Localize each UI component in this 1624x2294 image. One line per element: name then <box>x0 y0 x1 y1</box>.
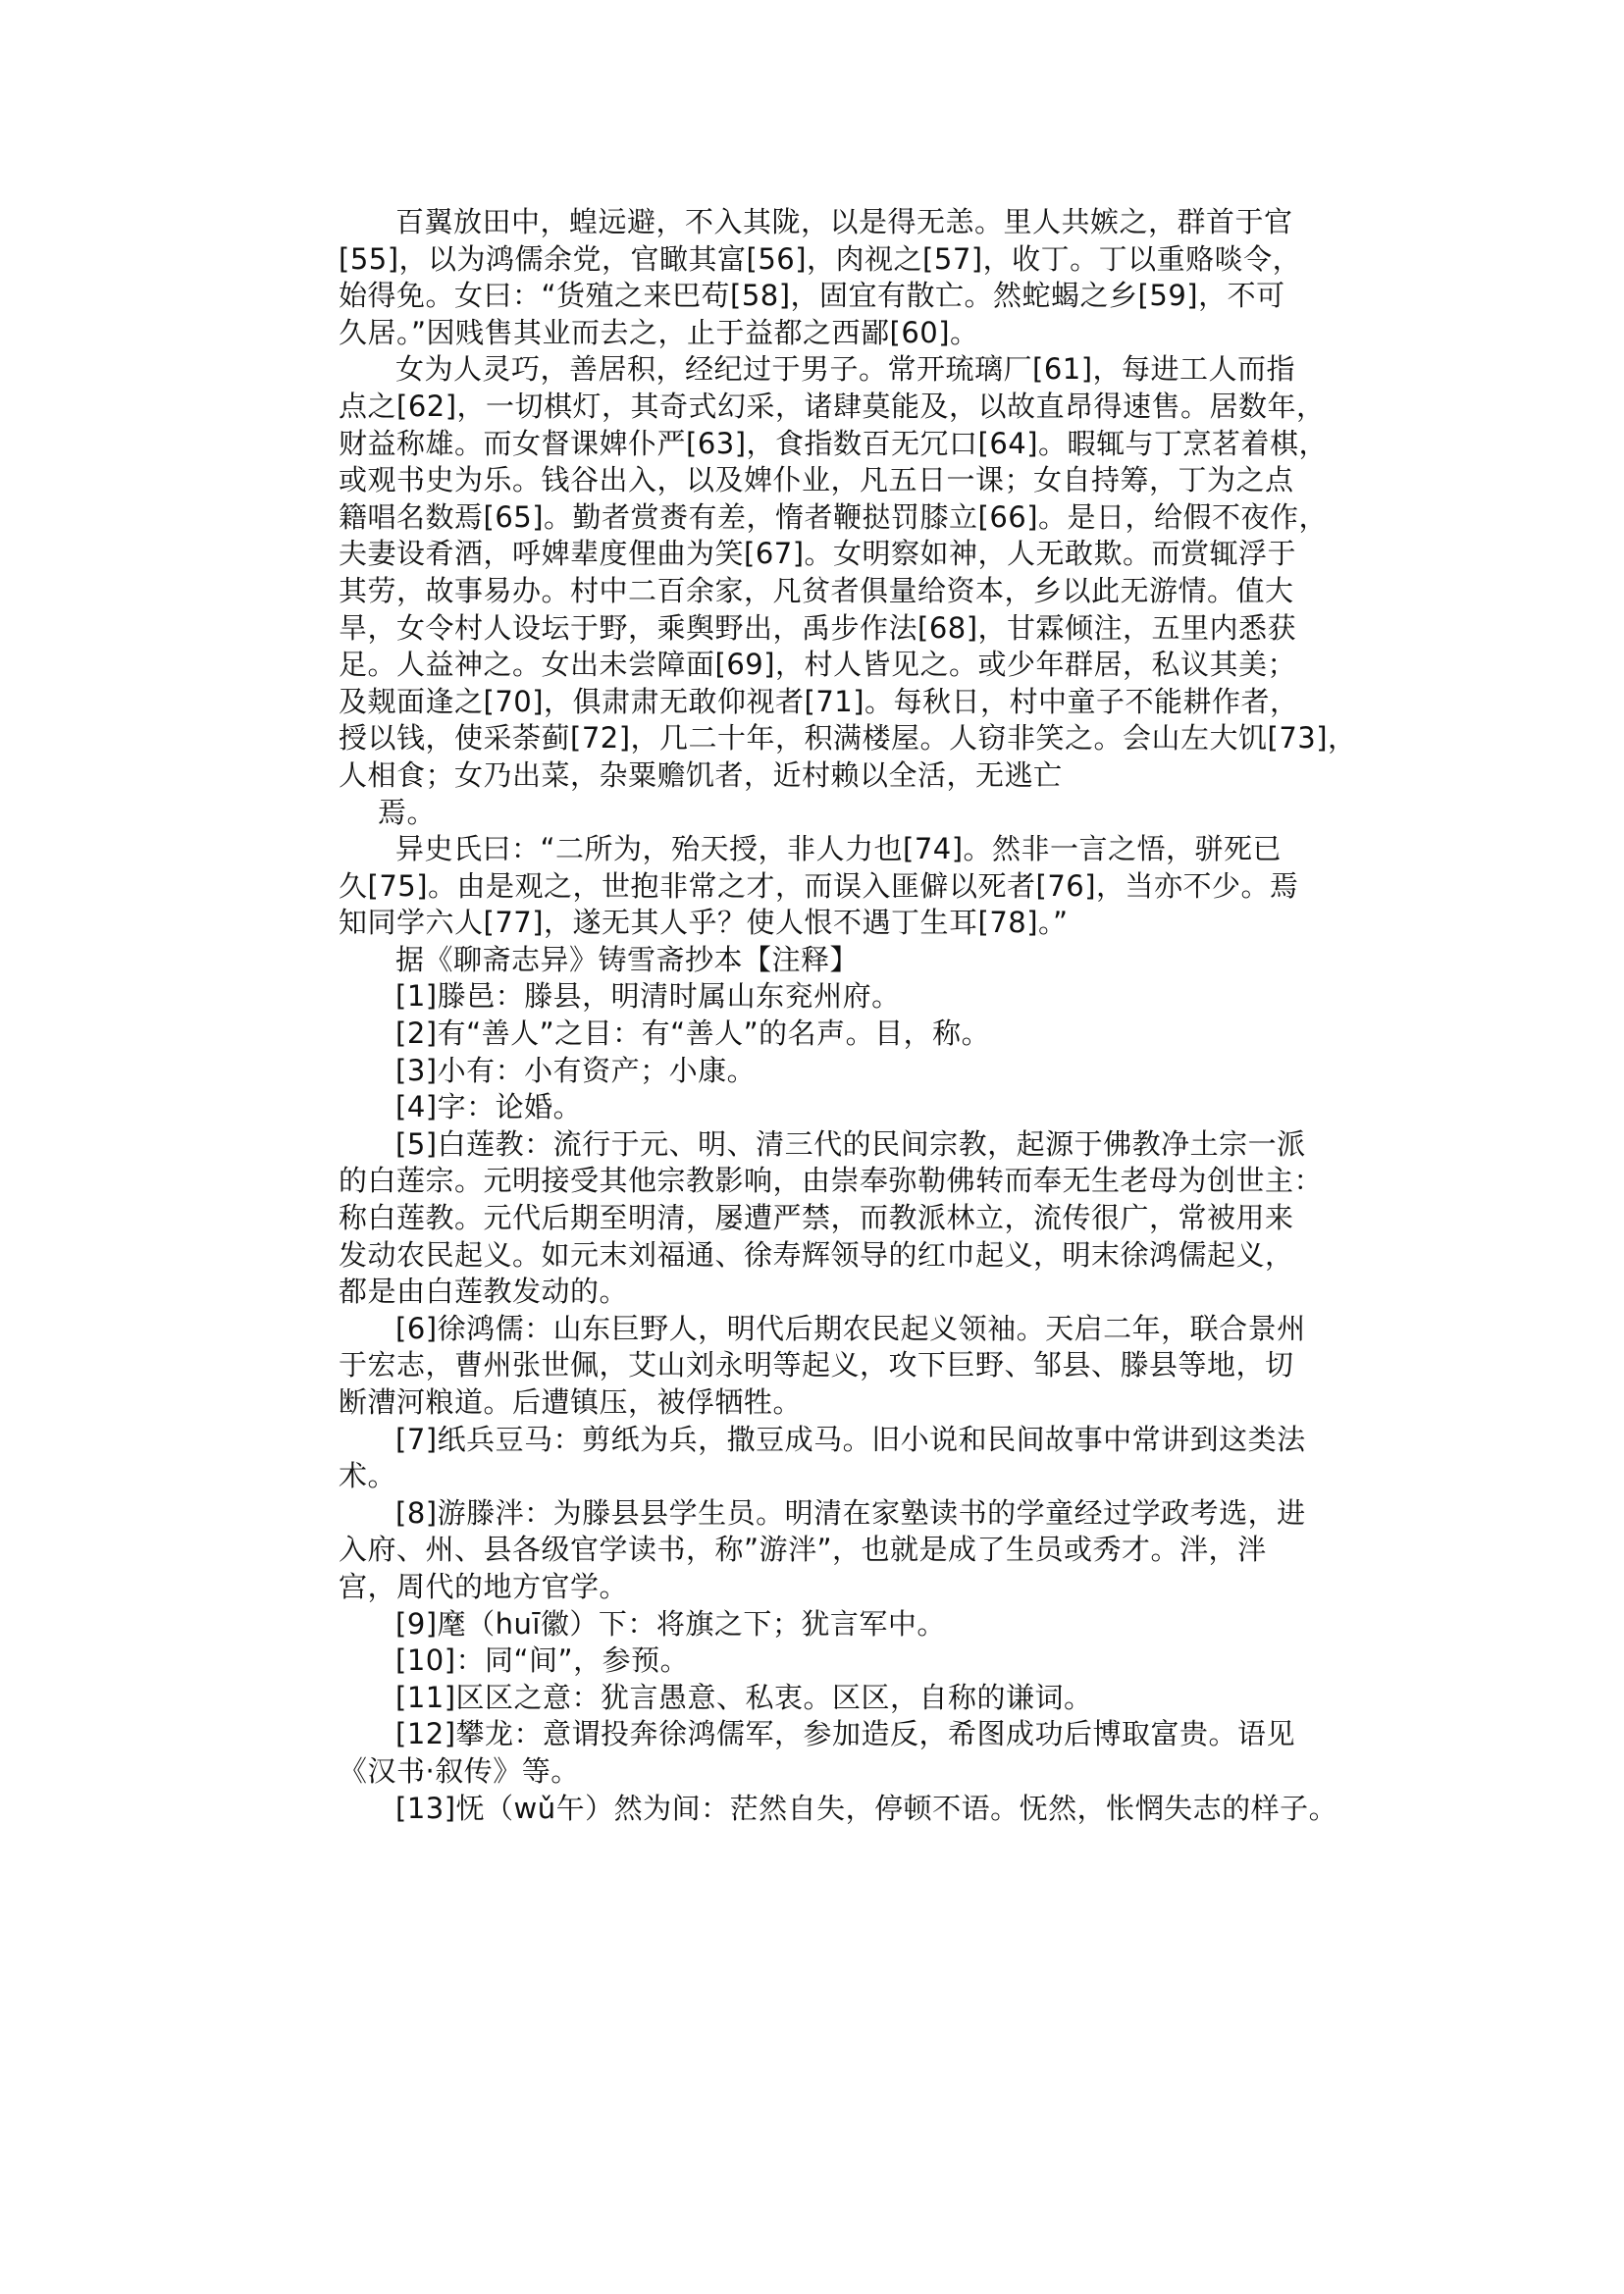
text-line: [8]游滕泮：为滕县县学生员。明清在家塾读书的学童经过学政考选，进 <box>339 1495 1359 1533</box>
paragraph-source-heading: 据《聊斋志异》铸雪斋抄本【注释】 <box>339 942 1359 979</box>
text-line: [12]攀龙：意谓投奔徐鸿儒军，参加造反，希图成功后博取富贵。语见 <box>339 1716 1359 1753</box>
text-line: 女为人灵巧，善居积，经纪过于男子。常开琉璃厂[61]，每进工人而指 <box>339 351 1359 389</box>
text-line: [10]：同“间”，参预。 <box>339 1642 1359 1680</box>
text-line: 异史氏曰：“二所为，殆天授，非人力也[74]。然非一言之悟，骈死已 <box>339 831 1359 868</box>
text-line: [2]有“善人”之目：有“善人”的名声。目，称。 <box>339 1016 1359 1053</box>
document-page: 百翼放田中，蝗远避，不入其陇，以是得无恙。里人共嫉之，群首于官[55]，以为鸿儒… <box>339 204 1359 1827</box>
text-line: 术。 <box>339 1458 1359 1495</box>
text-line: 久居。”因贱售其业而去之，止于益都之西鄙[60]。 <box>339 315 1359 352</box>
text-line: 其劳，故事易办。村中二百余家，凡贫者俱量给资本，乡以此无游情。值大 <box>339 573 1359 610</box>
text-line: 或观书史为乐。钱谷出入，以及婢仆业，凡五日一课；女自持筹，丁为之点 <box>339 462 1359 499</box>
annotation-note-9: [9]麾（huī徽）下：将旗之下；犹言军中。 <box>339 1606 1359 1643</box>
text-line: [7]纸兵豆马：剪纸为兵，撒豆成马。旧小说和民间故事中常讲到这类法 <box>339 1422 1359 1459</box>
text-line: 称白莲教。元代后期至明清，屡遭严禁，而教派林立，流传很广，常被用来 <box>339 1200 1359 1237</box>
paragraph-story-1: 百翼放田中，蝗远避，不入其陇，以是得无恙。里人共嫉之，群首于官[55]，以为鸿儒… <box>339 204 1359 351</box>
annotation-note-13: [13]怃（wǔ午）然为间：茫然自失，停顿不语。怃然，怅惘失志的样子。 <box>339 1791 1359 1828</box>
text-line: 焉。 <box>339 795 1359 832</box>
text-line: 籍唱名数焉[65]。勤者赏赉有差，惰者鞭挞罚膝立[66]。是日，给假不夜作， <box>339 499 1359 537</box>
paragraph-commentary: 异史氏曰：“二所为，殆天授，非人力也[74]。然非一言之悟，骈死已久[75]。由… <box>339 831 1359 942</box>
text-line: 夫妻设肴酒，呼婢辈度俚曲为笑[67]。女明察如神，人无敢欺。而赏辄浮于 <box>339 536 1359 573</box>
text-line: 断漕河粮道。后遭镇压，被俘牺牲。 <box>339 1384 1359 1422</box>
text-line: 知同学六人[77]，遂无其人乎？使人恨不遇丁生耳[78]。” <box>339 905 1359 942</box>
annotation-note-3: [3]小有：小有资产；小康。 <box>339 1053 1359 1090</box>
text-line: 《汉书·叙传》等。 <box>339 1753 1359 1791</box>
text-line: 财益称雄。而女督课婢仆严[63]，食指数百无冗口[64]。暇辄与丁烹茗着棋， <box>339 426 1359 463</box>
annotation-note-8: [8]游滕泮：为滕县县学生员。明清在家塾读书的学童经过学政考选，进入府、州、县各… <box>339 1495 1359 1606</box>
text-line: 点之[62]，一切棋灯，其奇式幻采，诸肆莫能及，以故直昂得速售。居数年， <box>339 389 1359 426</box>
paragraph-story-2: 女为人灵巧，善居积，经纪过于男子。常开琉璃厂[61]，每进工人而指点之[62]，… <box>339 351 1359 831</box>
text-line: 入府、州、县各级官学读书，称”游泮”，也就是成了生员或秀才。泮，泮 <box>339 1532 1359 1569</box>
text-line: 旱，女令村人设坛于野，乘舆野出，禹步作法[68]，甘霖倾注，五里内悉获 <box>339 610 1359 648</box>
text-line: 都是由白莲教发动的。 <box>339 1274 1359 1311</box>
text-line: [5]白莲教：流行于元、明、清三代的民间宗教，起源于佛教净土宗一派 <box>339 1126 1359 1164</box>
text-line: 人相食；女乃出菜，杂粟赡饥者，近村赖以全活，无逃亡 <box>339 757 1359 795</box>
annotation-note-10: [10]：同“间”，参预。 <box>339 1642 1359 1680</box>
text-line: [4]字：论婚。 <box>339 1089 1359 1126</box>
annotation-note-11: [11]区区之意：犹言愚意、私衷。区区，自称的谦词。 <box>339 1680 1359 1717</box>
text-line: 足。人益神之。女出未尝障面[69]，村人皆见之。或少年群居，私议其美； <box>339 647 1359 684</box>
text-line: [3]小有：小有资产；小康。 <box>339 1053 1359 1090</box>
text-line: 的白莲宗。元明接受其他宗教影响，由崇奉弥勒佛转而奉无生老母为创世主： <box>339 1163 1359 1200</box>
annotation-note-5: [5]白莲教：流行于元、明、清三代的民间宗教，起源于佛教净土宗一派的白莲宗。元明… <box>339 1126 1359 1311</box>
text-line: 宫，周代的地方官学。 <box>339 1569 1359 1606</box>
text-line: 及觌面逢之[70]，俱肃肃无敢仰视者[71]。每秋日，村中童子不能耕作者， <box>339 684 1359 721</box>
text-line: [1]滕邑：滕县，明清时属山东兖州府。 <box>339 978 1359 1016</box>
text-line: 于宏志，曹州张世佩，艾山刘永明等起义，攻下巨野、邹县、滕县等地，切 <box>339 1347 1359 1384</box>
annotation-note-1: [1]滕邑：滕县，明清时属山东兖州府。 <box>339 978 1359 1016</box>
text-line: 始得免。女曰：“货殖之来巴苟[58]，固宜有散亡。然蛇蝎之乡[59]，不可 <box>339 278 1359 315</box>
text-line: 据《聊斋志异》铸雪斋抄本【注释】 <box>339 942 1359 979</box>
text-line: [9]麾（huī徽）下：将旗之下；犹言军中。 <box>339 1606 1359 1643</box>
annotation-note-2: [2]有“善人”之目：有“善人”的名声。目，称。 <box>339 1016 1359 1053</box>
text-line: [55]，以为鸿儒余党，官瞰其富[56]，肉视之[57]，收丁。丁以重赂啖令， <box>339 241 1359 279</box>
text-line: 授以钱，使采荼蓟[72]，几二十年，积满楼屋。人窃非笑之。会山左大饥[73]， <box>339 720 1359 757</box>
text-line: 久[75]。由是观之，世抱非常之才，而误入匪僻以死者[76]，当亦不少。焉 <box>339 868 1359 906</box>
text-line: 发动农民起义。如元末刘福通、徐寿辉领导的红巾起义，明末徐鸿儒起义， <box>339 1237 1359 1275</box>
annotation-note-4: [4]字：论婚。 <box>339 1089 1359 1126</box>
text-line: [11]区区之意：犹言愚意、私衷。区区，自称的谦词。 <box>339 1680 1359 1717</box>
text-line: [6]徐鸿儒：山东巨野人，明代后期农民起义领袖。天启二年，联合景州 <box>339 1311 1359 1348</box>
annotation-note-6: [6]徐鸿儒：山东巨野人，明代后期农民起义领袖。天启二年，联合景州于宏志，曹州张… <box>339 1311 1359 1422</box>
text-line: [13]怃（wǔ午）然为间：茫然自失，停顿不语。怃然，怅惘失志的样子。 <box>339 1791 1359 1828</box>
annotation-note-7: [7]纸兵豆马：剪纸为兵，撒豆成马。旧小说和民间故事中常讲到这类法术。 <box>339 1422 1359 1495</box>
text-line: 百翼放田中，蝗远避，不入其陇，以是得无恙。里人共嫉之，群首于官 <box>339 204 1359 241</box>
annotation-note-12: [12]攀龙：意谓投奔徐鸿儒军，参加造反，希图成功后博取富贵。语见《汉书·叙传》… <box>339 1716 1359 1790</box>
